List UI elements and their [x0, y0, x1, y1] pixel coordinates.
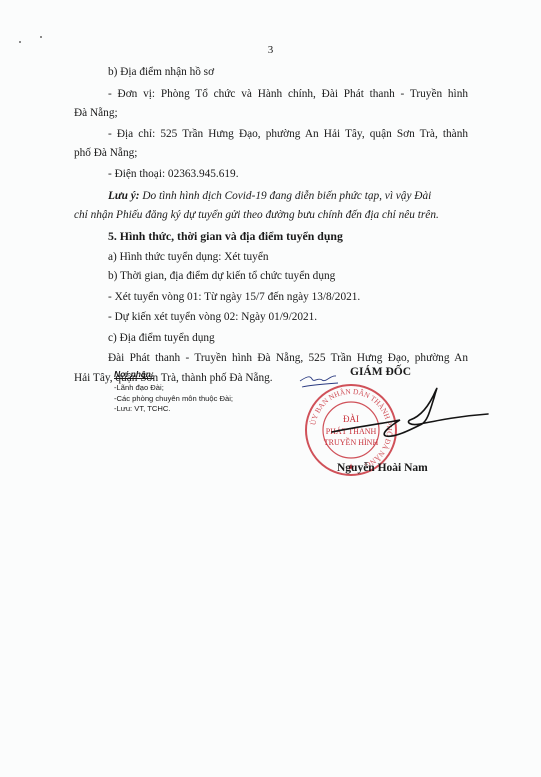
- recruitment-form: a) Hình thức tuyển dụng: Xét tuyển: [108, 250, 268, 264]
- section5-heading: 5. Hình thức, thời gian và địa điểm tuyể…: [108, 229, 343, 243]
- note-line-1: Lưu ý: Do tình hình dịch Covid-19 đang d…: [108, 189, 468, 203]
- venue-heading: c) Địa điểm tuyển dụng: [108, 331, 215, 345]
- signature-title: GIÁM ĐỐC: [350, 366, 411, 378]
- scan-speck: [19, 41, 21, 43]
- round1-line: - Xét tuyển vòng 01: Từ ngày 15/7 đến ng…: [108, 290, 360, 304]
- round2-line: - Dự kiến xét tuyển vòng 02: Ngày 01/9/2…: [108, 310, 317, 324]
- time-heading: b) Thời gian, địa điểm dự kiến tổ chức t…: [108, 269, 335, 283]
- unit-line-1: - Đơn vị: Phòng Tổ chức và Hành chính, Đ…: [108, 87, 468, 101]
- handwritten-signature: [330, 380, 490, 470]
- venue-line-1: Đài Phát thanh - Truyền hình Đà Nẵng, 52…: [108, 351, 468, 365]
- recipients-title: Nơi nhận:: [114, 369, 233, 379]
- recipients-block: Nơi nhận: -Lãnh đạo Đài; -Các phòng chuy…: [114, 369, 233, 415]
- recipient-item: -Lãnh đạo Đài;: [114, 383, 233, 394]
- recipient-item: -Các phòng chuyên môn thuộc Đài;: [114, 394, 233, 405]
- unit-line-2: Đà Nẵng;: [74, 106, 118, 120]
- document-page: 3 b) Địa điểm nhận hồ sơ - Đơn vị: Phòng…: [0, 0, 541, 777]
- scan-speck: [40, 36, 42, 38]
- address-line-2: phố Đà Nẵng;: [74, 146, 137, 160]
- page-number: 3: [0, 44, 541, 56]
- note-line-2: chỉ nhận Phiếu đăng ký dự tuyển gửi theo…: [74, 208, 439, 222]
- address-line-1: - Địa chỉ: 525 Trần Hưng Đạo, phường An …: [108, 127, 468, 141]
- phone-line: - Điện thoại: 02363.945.619.: [108, 167, 239, 181]
- note-text: Do tình hình dịch Covid-19 đang diễn biế…: [140, 190, 432, 202]
- receipt-location-heading: b) Địa điểm nhận hồ sơ: [108, 65, 214, 79]
- recipient-item: -Lưu: VT, TCHC.: [114, 404, 233, 415]
- note-label: Lưu ý:: [108, 190, 140, 202]
- signer-name: Nguyễn Hoài Nam: [337, 462, 428, 474]
